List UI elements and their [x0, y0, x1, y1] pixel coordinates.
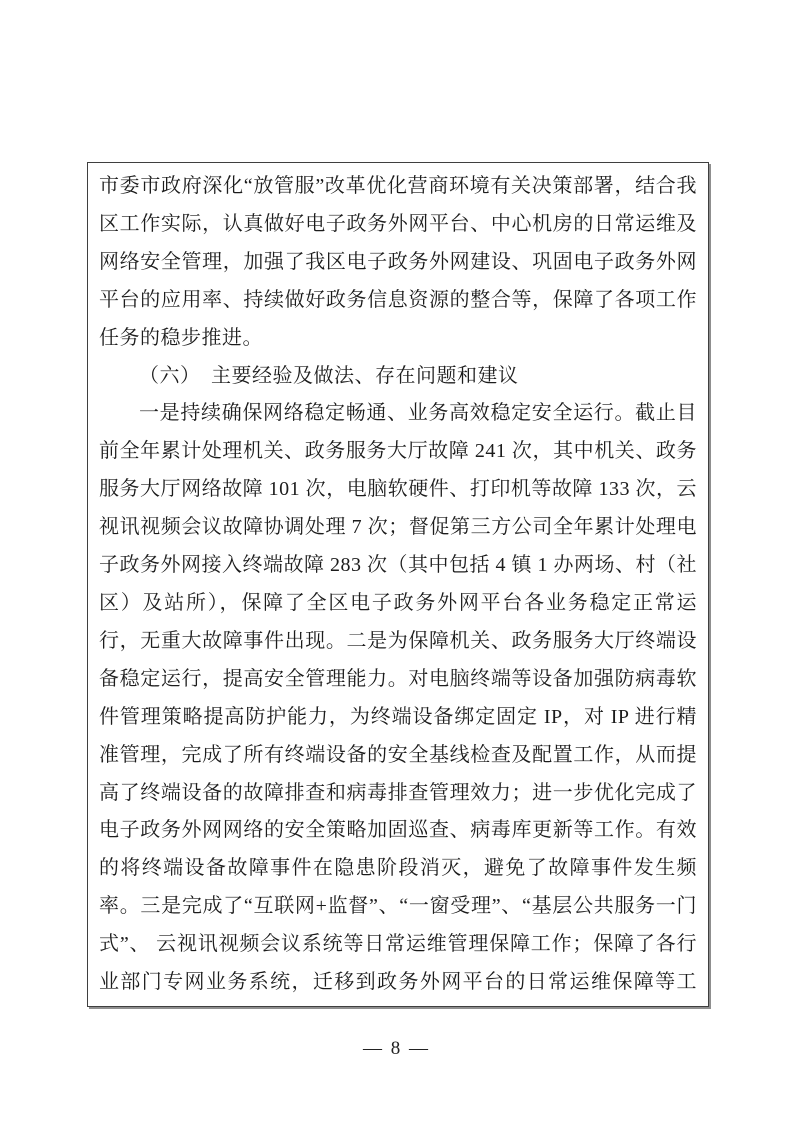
page-number: — 8 — [0, 1038, 793, 1060]
paragraph-continuation: 市委市政府深化“放管服”改革优化营商环境有关决策部署，结合我区工作实际，认真做好… [99, 168, 697, 358]
document-page: 市委市政府深化“放管服”改革优化营商环境有关决策部署，结合我区工作实际，认真做好… [0, 0, 793, 1122]
document-text-box: 市委市政府深化“放管服”改革优化营商环境有关决策部署，结合我区工作实际，认真做好… [87, 162, 709, 1007]
section-heading: （六） 主要经验及做法、存在问题和建议 [99, 358, 697, 396]
paragraph-body: 一是持续确保网络稳定畅通、业务高效稳定安全运行。截止目前全年累计处理机关、政务服… [99, 395, 697, 1007]
